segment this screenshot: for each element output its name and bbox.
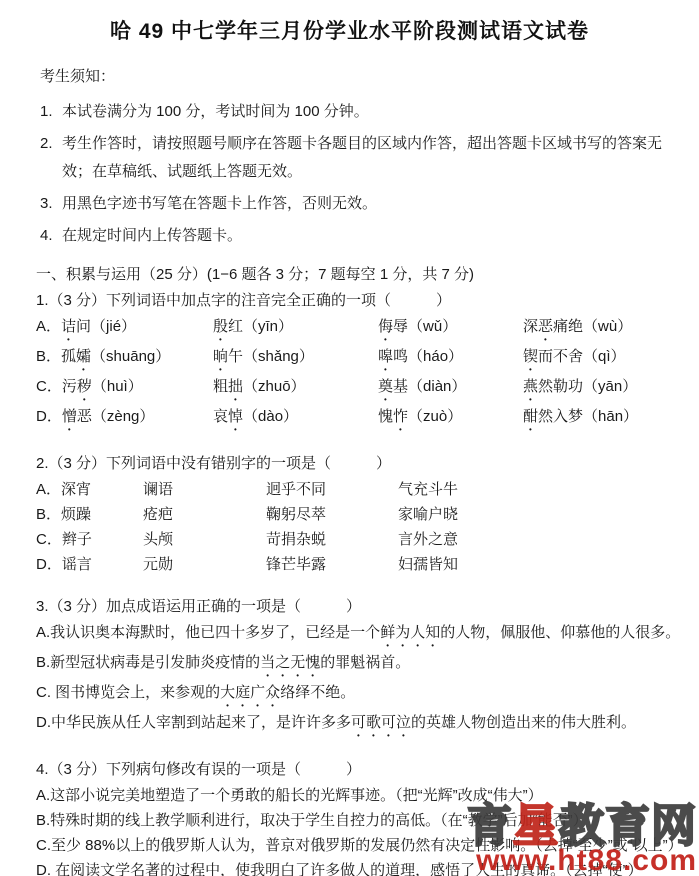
word-cell: 嗥鸣（háo）: [378, 344, 523, 374]
word-cell: 鞠躬尽萃: [266, 502, 398, 527]
option-label: A．: [36, 481, 61, 498]
option-label: A．: [36, 318, 61, 335]
word-cell: 气充斗牛: [398, 477, 691, 502]
option-label: D．: [36, 556, 62, 573]
word-cell: C．污秽（huì）: [36, 374, 213, 404]
notice-item: 3. 用黑色字迹书写笔在答题卡上作答，否则无效。: [40, 190, 687, 218]
item-number: 4.: [40, 222, 62, 250]
question-2-options: A．深宵 谰语 迥乎不同 气充斗牛 B．烦躁 疮疤 鞠躬尽萃 家喻户晓 C．辫子…: [36, 477, 691, 577]
emphasized-idiom: 可歌可泣: [351, 714, 411, 731]
word-cell: 锲而不舍（qì）: [523, 344, 691, 374]
word-cell: 侮辱（wǔ）: [378, 314, 523, 344]
word-cell: 谰语: [143, 477, 266, 502]
notice-section: 考生须知： 1. 本试卷满分为 100 分，考试时间为 100 分钟。 2. 考…: [40, 65, 687, 250]
emphasized-idiom: 当之无愧: [260, 654, 320, 671]
word-cell: C．辫子: [36, 527, 143, 552]
option-line: A.我认识奥本海默时，他已四十多岁了，已经是一个鲜为人知的人物，佩服他、仰慕他的…: [36, 620, 691, 650]
option-label: B．: [36, 348, 61, 365]
word-cell: 愧怍（zuò）: [378, 404, 523, 434]
notice-heading: 考生须知：: [40, 65, 687, 86]
word-cell: 迥乎不同: [266, 477, 398, 502]
word-cell: 头颅: [143, 527, 266, 552]
item-number: 3.: [40, 190, 62, 218]
option-line: C. 图书博览会上，来参观的大庭广众络绎不绝。: [36, 680, 691, 710]
word-cell: 酣然入梦（hān）: [523, 404, 691, 434]
word-cell: 元勋: [143, 552, 266, 577]
notice-item: 1. 本试卷满分为 100 分，考试时间为 100 分钟。: [40, 98, 687, 126]
item-text: 考生作答时，请按照题号顺序在答题卡各题目的区域内作答，超出答题卡区域书写的答案无…: [62, 130, 687, 186]
page-title: 哈 49 中七学年三月份学业水平阶段测试语文试卷: [0, 0, 699, 45]
word-cell: 晌午（shǎng）: [213, 344, 378, 374]
question-stem: 3.（3 分）加点成语运用正确的一项是（ ）: [36, 594, 691, 620]
item-number: 1.: [40, 98, 62, 126]
emphasized-idiom: 大庭广众: [220, 684, 280, 701]
item-text: 本试卷满分为 100 分，考试时间为 100 分钟。: [62, 98, 687, 126]
word-cell: 锋芒毕露: [266, 552, 398, 577]
test-paper-page: 哈 49 中七学年三月份学业水平阶段测试语文试卷 考生须知： 1. 本试卷满分为…: [0, 0, 699, 876]
question-stem: 2.（3 分）下列词语中没有错别字的一项是（ ）: [36, 451, 691, 477]
word-cell: 家喻户晓: [398, 502, 691, 527]
word-cell: 言外之意: [398, 527, 691, 552]
watermark-brand: 育星教育网: [467, 806, 697, 846]
watermark-url: www.ht88.com: [467, 846, 697, 876]
word-cell: 深恶痛绝（wù）: [523, 314, 691, 344]
word-cell: 哀悼（dào）: [213, 404, 378, 434]
item-number: 2.: [40, 130, 62, 186]
word-cell: A．诘问（jié）: [36, 314, 213, 344]
question-stem: 1.（3 分）下列词语中加点字的注音完全正确的一项（ ）: [36, 288, 691, 314]
word-cell: D．谣言: [36, 552, 143, 577]
option-line: D.中华民族从任人宰割到站起来了，是许许多多可歌可泣的英雄人物创造出来的伟大胜利…: [36, 710, 691, 740]
option-line: B.新型冠状病毒是引发肺炎疫情的当之无愧的罪魁祸首。: [36, 650, 691, 680]
question-1-options: A．诘问（jié） 殷红（yīn） 侮辱（wǔ） 深恶痛绝（wù） B．孤孀（s…: [36, 314, 691, 434]
question-2: 2.（3 分）下列词语中没有错别字的一项是（ ） A．深宵 谰语 迥乎不同 气充…: [36, 451, 691, 577]
notice-item: 2. 考生作答时，请按照题号顺序在答题卡各题目的区域内作答，超出答题卡区域书写的…: [40, 130, 687, 186]
question-stem: 4.（3 分）下列病句修改有误的一项是（ ）: [36, 757, 691, 783]
option-label: D．: [36, 408, 62, 425]
watermark: 育星教育网 www.ht88.com: [467, 806, 697, 876]
option-label: B．: [36, 506, 61, 523]
section-heading: 一、积累与运用（25 分）(1−6 题各 3 分；7 题每空 1 分，共 7 分…: [36, 262, 691, 288]
option-label: C．: [36, 531, 62, 548]
word-cell: 妇孺皆知: [398, 552, 691, 577]
word-cell: 粗拙（zhuō）: [213, 374, 378, 404]
word-cell: 奠基（diàn）: [378, 374, 523, 404]
notice-item: 4. 在规定时间内上传答题卡。: [40, 222, 687, 250]
question-1: 1.（3 分）下列词语中加点字的注音完全正确的一项（ ） A．诘问（jié） 殷…: [36, 288, 691, 434]
item-text: 在规定时间内上传答题卡。: [62, 222, 687, 250]
item-text: 用黑色字迹书写笔在答题卡上作答，否则无效。: [62, 190, 687, 218]
word-cell: D．憎恶（zèng）: [36, 404, 213, 434]
word-cell: 燕然勒功（yān）: [523, 374, 691, 404]
word-cell: 苛捐杂蜕: [266, 527, 398, 552]
word-cell: 疮疤: [143, 502, 266, 527]
word-cell: B．孤孀（shuāng）: [36, 344, 213, 374]
word-cell: B．烦躁: [36, 502, 143, 527]
word-cell: A．深宵: [36, 477, 143, 502]
emphasized-idiom: 鲜为人知: [380, 624, 440, 641]
paper-body: 一、积累与运用（25 分）(1−6 题各 3 分；7 题每空 1 分，共 7 分…: [36, 262, 691, 876]
option-label: C．: [36, 378, 62, 395]
word-cell: 殷红（yīn）: [213, 314, 378, 344]
question-3: 3.（3 分）加点成语运用正确的一项是（ ） A.我认识奥本海默时，他已四十多岁…: [36, 594, 691, 740]
